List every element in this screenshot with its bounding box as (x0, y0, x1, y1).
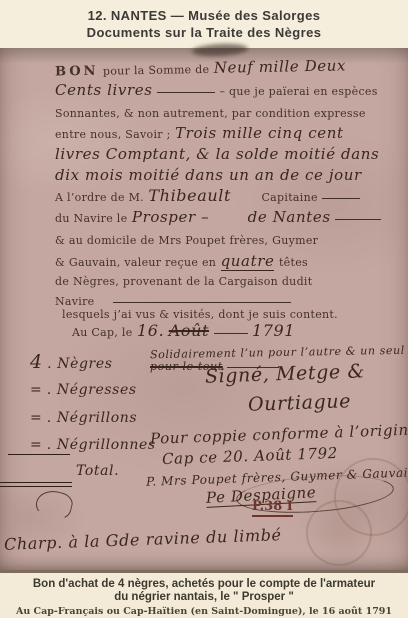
tally-total: Total. (76, 462, 119, 480)
ms-page-ref-text: P.38 I (252, 499, 293, 517)
ms-print-text: – que je païerai en espèces (219, 85, 377, 98)
tally-label: . Négrillons (47, 410, 137, 426)
tally-qty: = (30, 410, 42, 426)
tally-label: . Nègres (47, 356, 112, 372)
ms-signature-2: Ourtiague (248, 390, 352, 416)
ms-script-text: Cents livres (55, 81, 153, 99)
caption-line1: Bon d'achat de 4 nègres, achetés pour le… (0, 578, 408, 591)
tally-total-rule (0, 482, 72, 487)
flourish-rule (322, 194, 360, 199)
ms-line-order-3: & au domicile de Mrs Poupet frères, Guym… (55, 231, 318, 249)
tally-qty: = (30, 382, 42, 398)
ms-line-order-2: du Navire le Prosper – de Nantes (55, 208, 381, 227)
ms-print-text: A l’ordre de M. (55, 191, 144, 204)
tally-rule (8, 454, 70, 455)
caption-line3: Au Cap-Français ou Cap-Haïtien (en Saint… (0, 606, 408, 618)
header-title: 12. NANTES — Musée des Salorges (0, 7, 408, 24)
postmark-stamp-icon (306, 500, 372, 566)
ms-script-year: 1791 (252, 321, 295, 340)
ms-script-month: Août (169, 321, 209, 340)
ms-print-text: Sonnantes, & non autrement, par conditio… (55, 107, 366, 120)
flourish-rule (214, 329, 248, 334)
ms-word-bon: BON (55, 64, 99, 80)
ms-line-order-1: A l’ordre de M. Thibeault Capitaine (55, 186, 360, 206)
ms-script-text: de Nantes (248, 208, 331, 226)
ms-script-text: livres Comptant, & la solde moitié dans (55, 145, 379, 163)
ms-script-text: Neuf mille Deux (214, 56, 347, 76)
ms-print-text: & au domicile de Mrs Poupet frères, Guym… (55, 234, 318, 247)
tally-row: 4 . Nègres (30, 351, 113, 373)
ms-script-text: Signé, Metge & (205, 360, 366, 388)
ms-script-text: Thibeault (148, 186, 231, 205)
tally-row: = . Négrillonnes (30, 436, 156, 454)
tally-label: . Négresses (47, 382, 137, 398)
ms-copy-2: Cap ce 20. Août 1792 (162, 444, 339, 469)
tally-row: = . Négrillons (30, 409, 137, 427)
ms-line-order-5: de Nègres, provenant de la Cargaison dud… (55, 272, 312, 290)
tally-total-label: Total. (76, 463, 119, 479)
ms-page-ref: P.38 I (252, 497, 293, 515)
ms-line-order-4: & Gauvain, valeur reçue en quatre têtes (55, 252, 308, 271)
ms-print-text: & Gauvain, valeur reçue en (55, 256, 216, 269)
caption-line2: du négrier nantais, le " Prosper " (0, 591, 408, 604)
printed-header: 12. NANTES — Musée des Salorges Document… (0, 0, 408, 48)
ms-line-sum-1: BON pour la Somme de Neuf mille Deux (55, 56, 346, 80)
annotation-flourish (33, 487, 75, 523)
header-subtitle: Documents sur la Traite des Nègres (0, 24, 408, 41)
ms-print-text: de Nègres, provenant de la Cargaison dud… (55, 275, 312, 288)
ms-script-text: quatre (221, 252, 275, 271)
manuscript-document: BON pour la Somme de Neuf mille Deux Cen… (0, 48, 408, 570)
ms-script-day: 16. (137, 321, 164, 340)
ms-script-text: Cap ce 20. Août 1792 (162, 444, 338, 468)
flourish-rule (335, 215, 381, 220)
ms-print-text: têtes (279, 256, 308, 269)
ms-line-sum-5: livres Comptant, & la solde moitié dans (55, 145, 379, 164)
ms-copy-1: Pour coppie conforme à l’original (150, 420, 408, 449)
ms-script-text: Charp. à la Gde ravine du limbé (4, 525, 282, 554)
ms-script-text: Ourtiague (248, 390, 352, 416)
ms-print-text: entre nous, Savoir ; (55, 128, 171, 141)
ms-signature-1: Signé, Metge & (205, 360, 366, 388)
ms-line-date: Au Cap, le 16. Août 1791 (72, 321, 295, 341)
ms-annotation: Charp. à la Gde ravine du limbé (4, 525, 282, 555)
ms-print-text: du Navire le (55, 212, 127, 225)
ms-script-text: dix mois moitié dans un an de ce jour (55, 166, 362, 184)
ms-script-text: Trois mille cinq cent (175, 124, 344, 142)
ms-line-sum-3: Sonnantes, & non autrement, par conditio… (55, 104, 366, 122)
ms-print-text: Capitaine (261, 191, 317, 204)
ms-print-text: pour la Somme de (103, 63, 210, 78)
tally-row: = . Négresses (30, 381, 137, 399)
ms-line-sum-6: dix mois moitié dans un an de ce jour (55, 166, 362, 185)
flourish-rule (157, 88, 215, 93)
ms-print-text: Au Cap, le (72, 326, 133, 339)
printed-caption: Bon d'achat de 4 nègres, achetés pour le… (0, 570, 408, 618)
tally-qty: 4 (30, 351, 43, 373)
tally-qty: = (30, 437, 42, 453)
ms-line-sum-2: Cents livres – que je païerai en espèces (55, 81, 378, 100)
flourish-rule (113, 298, 291, 303)
ms-script-text: Prosper – (132, 208, 209, 226)
ms-print-text: lesquels j’ai vus & visités, dont je sui… (62, 308, 338, 321)
postcard-photo: 12. NANTES — Musée des Salorges Document… (0, 0, 408, 618)
ms-line-sum-4: entre nous, Savoir ; Trois mille cinq ce… (55, 124, 344, 143)
tally-label: . Négrillonnes (47, 437, 156, 453)
ms-script-text: Pour coppie conforme à l’original (150, 420, 408, 448)
